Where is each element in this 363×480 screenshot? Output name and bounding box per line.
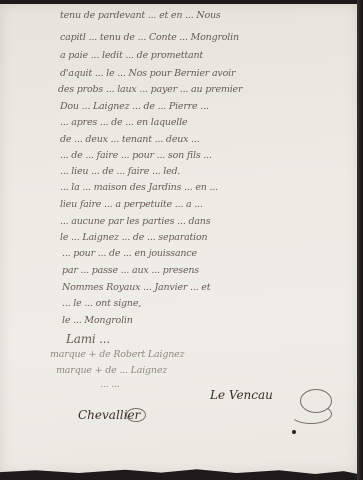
witness-mark-line: ... ... — [100, 379, 120, 390]
manuscript-line: ... de ... faire ... pour ... son fils .… — [60, 150, 212, 161]
ink-blot — [292, 430, 296, 434]
manuscript-line: ... le ... ont signe, — [62, 298, 141, 309]
manuscript-line: ... aucune par les parties ... dans — [60, 216, 210, 227]
manuscript-line: lieu faire ... a perpetuite ... a ... — [60, 199, 203, 210]
manuscript-line: le ... Laignez ... de ... separation — [60, 232, 207, 243]
manuscript-line: ... la ... maison des Jardins ... en ... — [60, 182, 218, 193]
manuscript-line: a paie ... ledit ... de promettant — [60, 50, 203, 61]
manuscript-line: Dou ... Laignez ... de ... Pierre ... — [60, 101, 209, 112]
signature-right: Le Vencau — [210, 388, 273, 402]
manuscript-line: capitl ... tenu de ... Conte ... Mongrol… — [60, 32, 239, 43]
manuscript-line: ... lieu ... de ... faire ... led. — [60, 166, 180, 177]
witness-mark-line: marque + de Robert Laignez — [50, 349, 184, 360]
manuscript-line: le ... Mongrolin — [62, 315, 133, 326]
manuscript-line: de ... deux ... tenant ... deux ... — [60, 134, 200, 145]
manuscript-line: des probs ... laux ... payer ... au prem… — [58, 84, 242, 95]
signature-flourish-icon — [290, 404, 332, 424]
manuscript-line: ... apres ... de ... en laquelle — [60, 117, 187, 128]
manuscript-line: tenu de pardevant ... et en ... Nous — [60, 10, 221, 21]
manuscript-page: tenu de pardevant ... et en ... Nous cap… — [0, 4, 358, 474]
signature-flourish-icon — [126, 408, 146, 422]
manuscript-line: par ... passe ... aux ... presens — [62, 265, 199, 276]
marginal-note: Lami ... — [66, 332, 110, 346]
manuscript-line: ... pour ... de ... en jouissance — [62, 248, 197, 259]
manuscript-line: Nommes Royaux ... Janvier ... et — [62, 282, 210, 293]
manuscript-line: d'aquit ... le ... Nos pour Bernier avoi… — [60, 68, 235, 79]
page-edge-shadow — [357, 0, 363, 480]
witness-mark-line: marque + de ... Laignez — [56, 365, 167, 376]
